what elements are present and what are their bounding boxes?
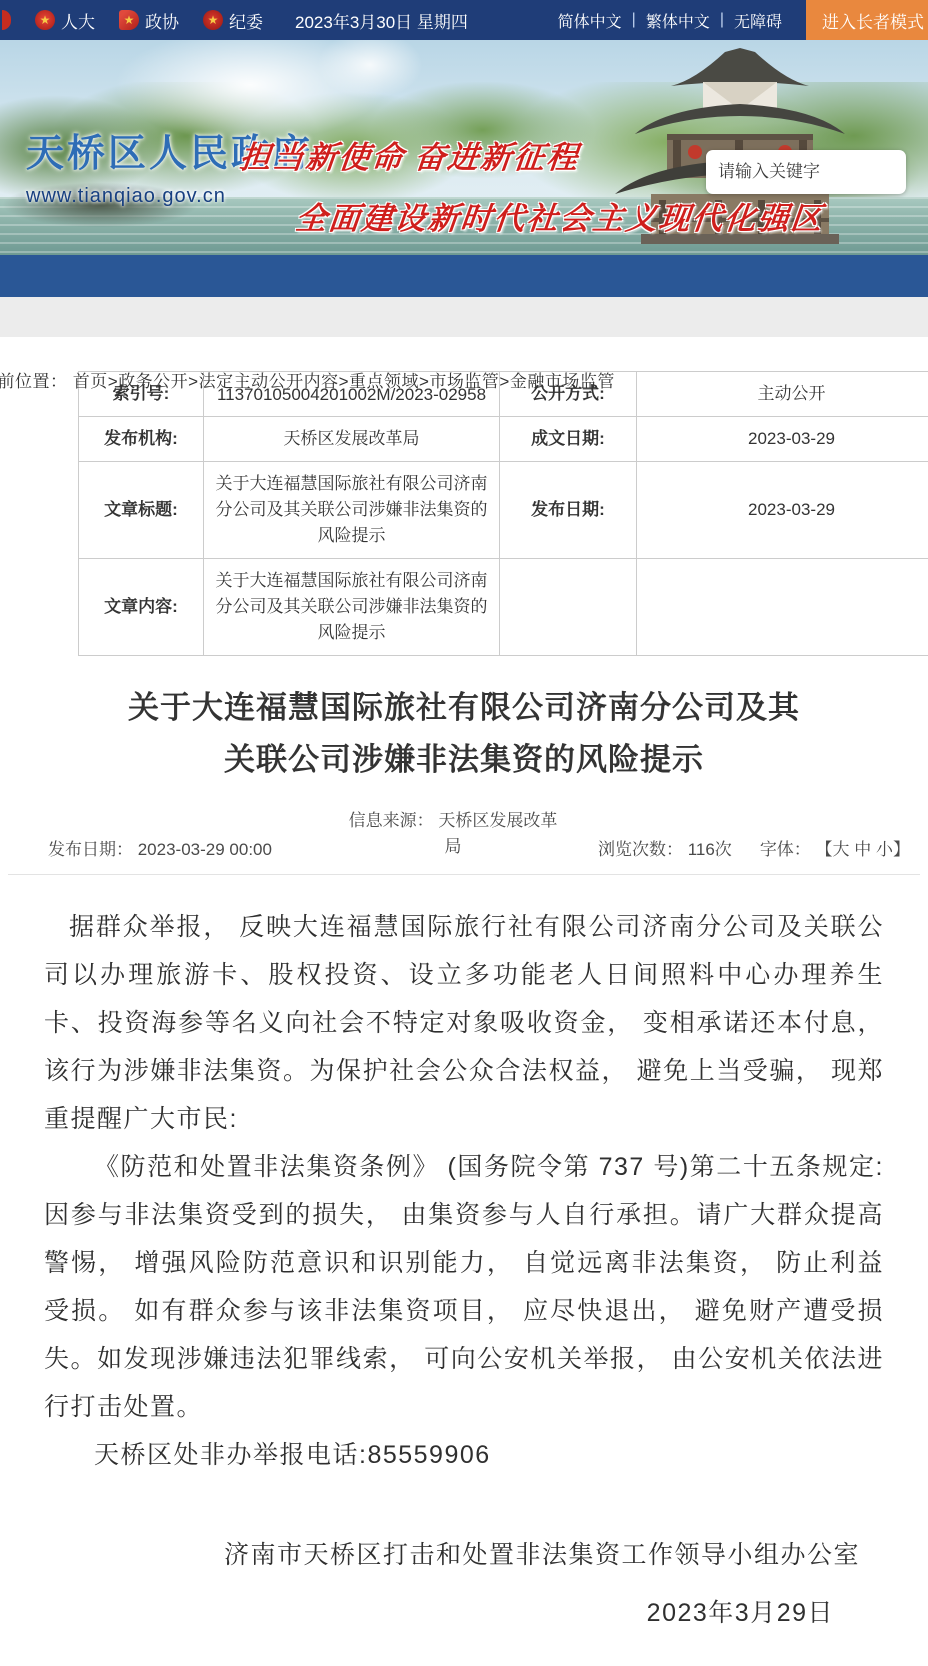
table-value-agency: 天桥区发展改革局 [204, 417, 500, 462]
accessibility-link[interactable]: 无障碍 [734, 9, 782, 32]
article-signature: 济南市天桥区打击和处置非法集资工作领导小组办公室 [44, 1531, 884, 1579]
site-banner: 天桥区人民政府 www.tianqiao.gov.cn 担当新使命 奋进新征程 … [0, 40, 928, 255]
article-meta-bar: 发布日期： 2023-03-29 00:00 信息来源： 天桥区发展改革局 浏览… [8, 808, 920, 875]
article-sign-date: 2023年3月29日 [44, 1589, 884, 1637]
table-label-agency: 发布机构: [79, 417, 204, 462]
table-label-empty [500, 559, 637, 656]
table-value-open-type: 主动公开 [637, 372, 928, 417]
slogan-line2: 全面建设新时代社会主义现代化强区 [294, 193, 827, 238]
topbar-right-group: 简体中文 | 繁体中文 | 无障碍 进入长者模式 [558, 0, 928, 40]
article-paragraph: 据群众举报， 反映大连福慧国际旅行社有限公司济南分公司及关联公司以办理旅游卡、股… [44, 903, 884, 1143]
table-value-title: 关于大连福慧国际旅社有限公司济南分公司及其关联公司涉嫌非法集资的风险提示 [204, 462, 500, 559]
table-row: 文章标题: 关于大连福慧国际旅社有限公司济南分公司及其关联公司涉嫌非法集资的风险… [79, 462, 928, 559]
article-hotline: 天桥区处非办举报电话:85559906 [44, 1431, 884, 1479]
meta-publish-date: 发布日期： 2023-03-29 00:00 [48, 835, 348, 860]
cppcc-flag-icon: ★ [119, 10, 139, 30]
article-paragraph: 《防范和处置非法集资条例》 (国务院令第 737 号)第二十五条规定: 因参与非… [44, 1143, 884, 1431]
table-label-content: 文章内容: [79, 559, 204, 656]
lang-divider: | [720, 11, 724, 29]
table-value-empty [637, 559, 928, 656]
meta-view-count: 浏览次数： 116次 [598, 835, 732, 860]
meta-font-size: 字体： 【大 中 小】 [760, 835, 920, 860]
national-emblem-icon: ★ [35, 10, 55, 30]
search-input[interactable] [706, 150, 906, 194]
article-title-line1: 关于大连福慧国际旅社有限公司济南分公司及其 [128, 690, 800, 725]
topbar: ★ 人大 ★ 政协 ★ 纪委 2023年3月30日 星期四 简体中文 | 繁体中… [0, 0, 928, 40]
table-label-publish-date: 发布日期: [500, 462, 637, 559]
font-size-control[interactable]: 【大 中 小】 [816, 840, 910, 859]
topbar-link-label: 纪委 [229, 8, 263, 33]
table-label-title: 文章标题: [79, 462, 204, 559]
lang-divider: | [632, 11, 636, 29]
info-table: 索引号: 11370105004201002M/2023-02958 公开方式:… [78, 371, 928, 656]
lang-simplified-link[interactable]: 简体中文 [558, 9, 622, 32]
main-navbar [0, 255, 928, 297]
party-emblem-icon: ★ [203, 10, 223, 30]
table-row: 发布机构: 天桥区发展改革局 成文日期: 2023-03-29 [79, 417, 928, 462]
table-row: 文章内容: 关于大连福慧国际旅社有限公司济南分公司及其关联公司涉嫌非法集资的风险… [79, 559, 928, 656]
article-title-line2: 关联公司涉嫌非法集资的风险提示 [224, 742, 704, 777]
table-value-publish-date: 2023-03-29 [637, 462, 928, 559]
clipped-emblem-icon [2, 10, 11, 30]
topbar-left-group: ★ 人大 ★ 政协 ★ 纪委 2023年3月30日 星期四 [0, 8, 468, 33]
page-background-gap [0, 297, 928, 337]
topbar-link-jiwei[interactable]: ★ 纪委 [203, 8, 263, 33]
topbar-date: 2023年3月30日 星期四 [295, 8, 468, 33]
table-value-written-date: 2023-03-29 [637, 417, 928, 462]
topbar-link-label: 政协 [145, 8, 179, 33]
table-label-written-date: 成文日期: [500, 417, 637, 462]
article-title: 关于大连福慧国际旅社有限公司济南分公司及其关联公司涉嫌非法集资的风险提示 [40, 682, 888, 786]
article-body: 据群众举报， 反映大连福慧国际旅行社有限公司济南分公司及关联公司以办理旅游卡、股… [0, 903, 928, 1637]
topbar-link-label: 人大 [61, 8, 95, 33]
meta-source: 信息来源： 天桥区发展改革局 [348, 808, 558, 860]
topbar-link-zhengxie[interactable]: ★ 政协 [119, 8, 179, 33]
lang-traditional-link[interactable]: 繁体中文 [646, 9, 710, 32]
content-area: 当前位置： 首页>政务公开>法定主动公开内容>重点领域>市场监管>金融市场监管 … [0, 337, 928, 1666]
table-value-content: 关于大连福慧国际旅社有限公司济南分公司及其关联公司涉嫌非法集资的风险提示 [204, 559, 500, 656]
meta-font-label: 字体： [760, 840, 816, 859]
elder-mode-button[interactable]: 进入长者模式 [806, 0, 928, 40]
breadcrumb[interactable]: 当前位置： 首页>政务公开>法定主动公开内容>重点领域>市场监管>金融市场监管 [0, 367, 615, 392]
topbar-link-renda[interactable]: ★ 人大 [35, 8, 95, 33]
